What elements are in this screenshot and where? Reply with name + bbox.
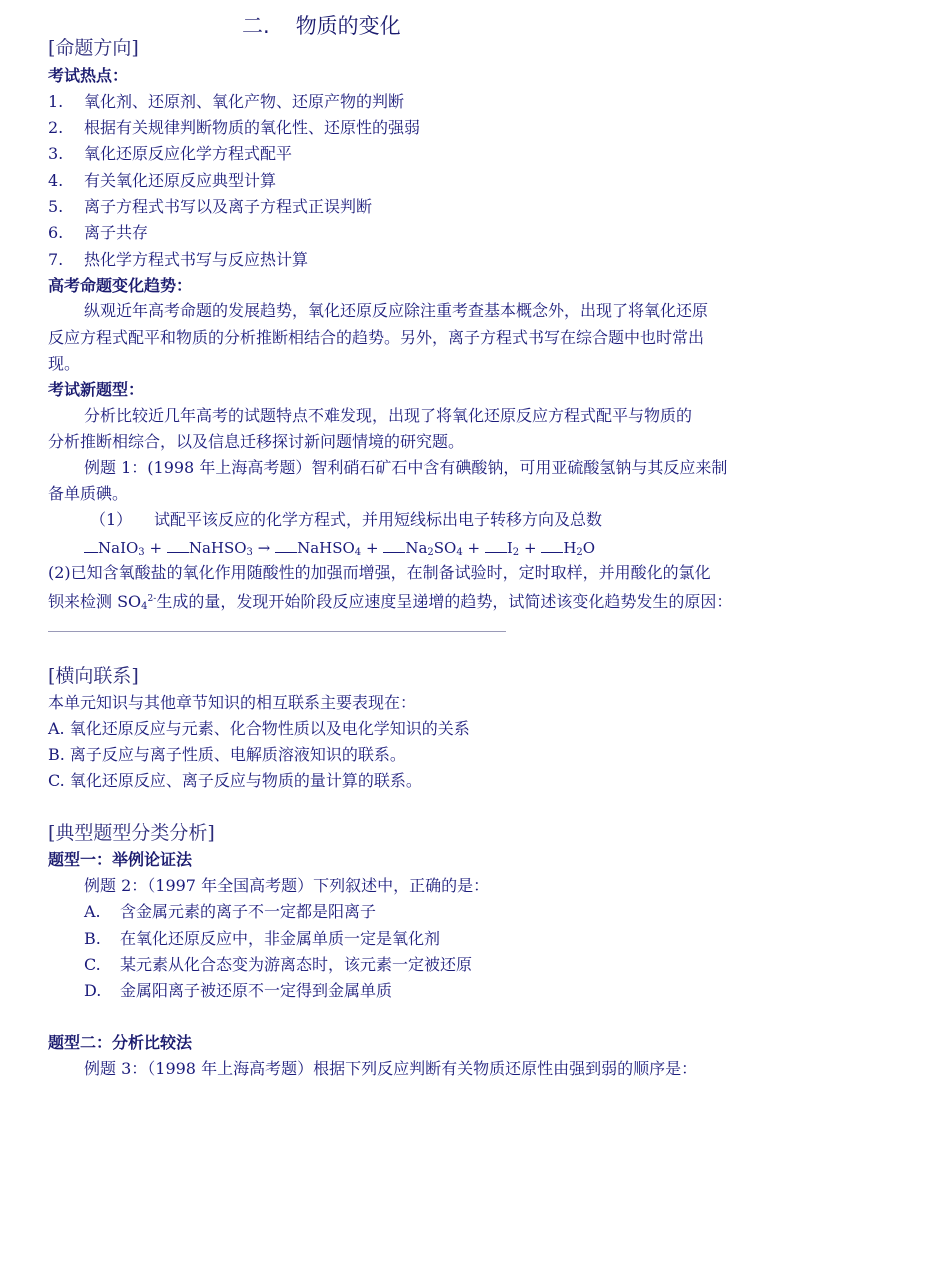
example1-part1: （1）试配平该反应的化学方程式，并用短线标出电子转移方向及总数 — [90, 510, 602, 530]
option-a: A.含金属元素的离子不一定都是阳离子 — [84, 902, 376, 922]
page-title: 二.物质的变化 — [242, 10, 401, 40]
list-item: 5.离子方程式书写以及离子方程式正误判断 — [48, 197, 372, 217]
trend-paragraph-line: 纵观近年高考命题的发展趋势，氧化还原反应除注重考查基本概念外，出现了将氧化还原 — [84, 301, 708, 321]
example1-part2-line: (2)已知含氧酸盐的氧化作用随酸性的加强而增强，在制备试验时，定时取样，并用酸化… — [48, 563, 711, 583]
connections-intro: 本单元知识与其他章节知识的相互联系主要表现在： — [48, 693, 416, 713]
new-types-paragraph-line: 分析推断相综合，以及信息迁移探讨新问题情境的研究题。 — [48, 432, 464, 452]
trend-label: 高考命题变化趋势： — [48, 276, 192, 296]
trend-paragraph-line: 反应方程式配平和物质的分析推断相结合的趋势。另外，离子方程式书写在综合题中也时常… — [48, 328, 704, 348]
list-item: 3.氧化还原反应化学方程式配平 — [48, 144, 292, 164]
section-heading-analysis: [典型题型分类分析] — [48, 823, 215, 843]
connection-item: C. 氧化还原反应、离子反应与物质的量计算的联系。 — [48, 771, 422, 791]
list-item: 1.氧化剂、还原剂、氧化产物、还原产物的判断 — [48, 92, 404, 112]
option-c: C.某元素从化合态变为游离态时，该元素一定被还原 — [84, 955, 472, 975]
part1-label: （1） — [90, 510, 154, 530]
option-b: B.在氧化还原反应中，非金属单质一定是氧化剂 — [84, 929, 440, 949]
example1-line: 备单质碘。 — [48, 484, 128, 504]
hotspots-label: 考试热点： — [48, 66, 128, 86]
coefficient-blank[interactable] — [275, 538, 297, 553]
coefficient-blank[interactable] — [541, 538, 563, 553]
arrow-icon: → — [258, 539, 271, 557]
new-types-paragraph-line: 分析比较近几年高考的试题特点不难发现，出现了将氧化还原反应方程式配平与物质的 — [84, 406, 692, 426]
type1-label: 题型一：举例论证法 — [48, 850, 192, 870]
list-item: 7.热化学方程式书写与反应热计算 — [48, 250, 308, 270]
example1-line: 例题 1：(1998 年上海高考题）智利硝石矿石中含有碘酸钠，可用亚硫酸氢钠与其… — [84, 458, 727, 478]
coefficient-blank[interactable] — [167, 538, 189, 553]
chapter-title: 物质的变化 — [296, 14, 401, 38]
chapter-number: 二. — [242, 14, 270, 38]
example3-question: 例题 3：（1998 年上海高考题）根据下列反应判断有关物质还原性由强到弱的顺序… — [84, 1059, 697, 1079]
type2-label: 题型二：分析比较法 — [48, 1033, 192, 1053]
chemical-equation: NaIO3 + NaHSO3 → NaHSO4 + Na2SO4 + I2 + … — [84, 538, 595, 563]
coefficient-blank[interactable] — [84, 538, 98, 553]
trend-paragraph-line: 现。 — [48, 354, 80, 374]
list-item: 6.离子共存 — [48, 223, 148, 243]
option-d: D.金属阳离子被还原不一定得到金属单质 — [84, 981, 392, 1001]
section-heading-direction: [命题方向] — [48, 38, 139, 58]
example2-question: 例题 2：（1997 年全国高考题）下列叙述中，正确的是： — [84, 876, 489, 896]
new-types-label: 考试新题型： — [48, 380, 144, 400]
connection-item: B. 离子反应与离子性质、电解质溶液知识的联系。 — [48, 745, 406, 765]
list-item: 4.有关氧化还原反应典型计算 — [48, 171, 276, 191]
section-heading-connections: [横向联系] — [48, 666, 139, 686]
connection-item: A. 氧化还原反应与元素、化合物性质以及电化学知识的关系 — [48, 719, 470, 739]
part1-text: 试配平该反应的化学方程式，并用短线标出电子转移方向及总数 — [154, 510, 602, 529]
coefficient-blank[interactable] — [383, 538, 405, 553]
example1-part2-line: 钡来检测 SO42-生成的量，发现开始阶段反应速度呈递增的趋势，试简述该变化趋势… — [48, 589, 732, 617]
answer-line[interactable] — [48, 631, 506, 632]
coefficient-blank[interactable] — [485, 538, 507, 553]
list-item: 2.根据有关规律判断物质的氧化性、还原性的强弱 — [48, 118, 420, 138]
